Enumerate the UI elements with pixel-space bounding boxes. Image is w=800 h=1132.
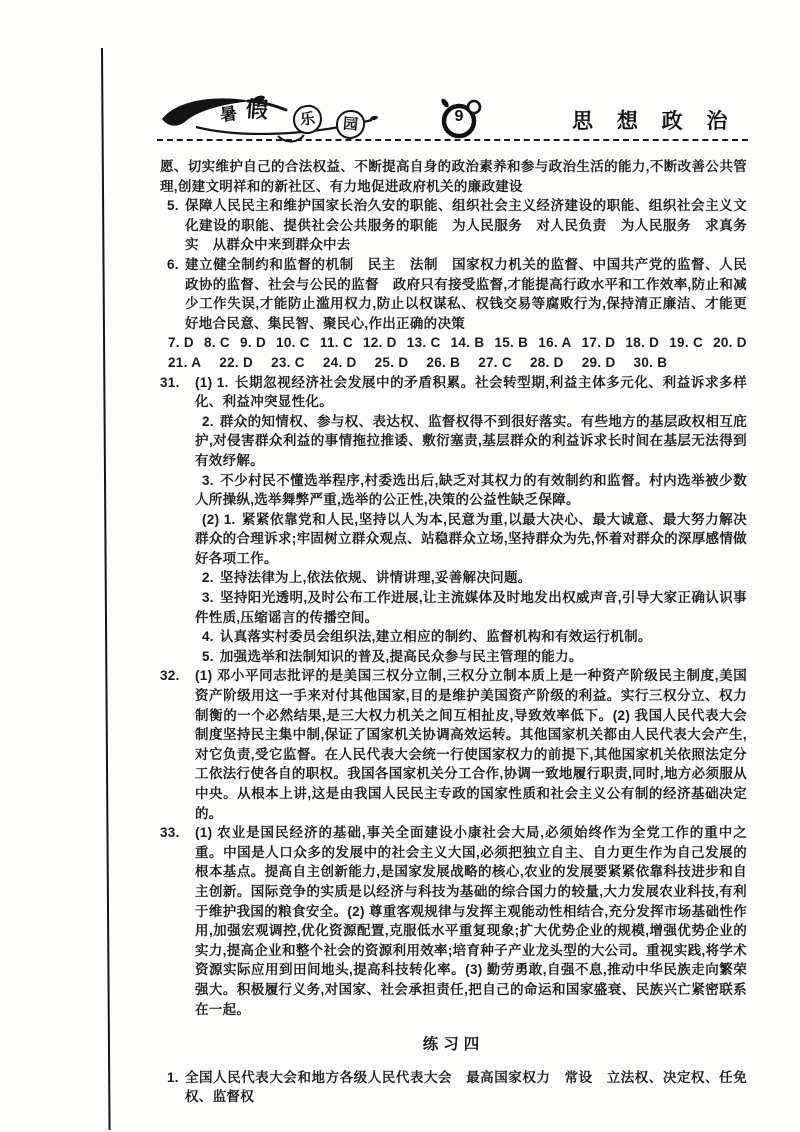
answer-item-6: 6. 建立健全制约和监督的机制 民主 法制 国家权力机关的监督、中国共产党的监督… — [160, 255, 747, 333]
sub-answer: (1) 1.长期忽视经济社会发展中的矛盾积累。社会转型期,利益主体多元化、利益诉… — [195, 373, 747, 412]
sub-answer-label: 5. — [202, 649, 220, 664]
page-number-badge: 9 — [436, 95, 484, 143]
mc-answer: 22. D — [219, 353, 253, 373]
item-number: 6. — [160, 255, 185, 333]
page-number: 9 — [445, 108, 473, 126]
mc-answer: 11. C — [320, 333, 353, 353]
subject-title: 思 想 政 治 — [572, 105, 737, 135]
summer-vacation-logo: 暑 假 乐 园 — [160, 92, 396, 146]
mc-answer: 23. C — [271, 353, 305, 373]
sub-answer: 4.认真落实村委员会组织法,建立相应的制约、监督机构和有效运行机制。 — [195, 627, 747, 647]
mc-answer: 12. D — [363, 333, 397, 353]
mc-answer: 16. A — [538, 333, 571, 353]
item-number: 32. — [160, 666, 195, 823]
answer-item-32: 32. (1) 邓小平同志批评的是美国三权分立制,三权分立制本质上是一种资产阶级… — [160, 666, 747, 823]
sub-answer-text: 长期忽视经济社会发展中的矛盾积累。社会转型期,利益主体多元化、利益诉求多样化、利… — [195, 375, 747, 410]
sub-answer-text: 紧紧依靠党和人民,坚持以人为本,民意为重,以最大决心、最大诚意、最大努力解决群众… — [195, 512, 747, 566]
sub-answer-text: 坚持阳光透明,及时公布工作进展,让主流媒体及时地发出权威声音,引导大家正确认识事… — [195, 590, 747, 625]
sub-answer-label: (2) 1. — [202, 512, 242, 527]
mc-answers-row-2: 21. A22. D23. C24. D25. D26. B27. C28. D… — [168, 353, 747, 373]
sub-answer-label: 2. — [202, 414, 220, 429]
sub-answer: 2.群众的知情权、参与权、表达权、监督权得不到很好落实。有些地方的基层政权相互庇… — [195, 412, 747, 471]
item-number: 31. — [160, 373, 195, 667]
mc-answer: 25. D — [375, 353, 409, 373]
item-text: (1) 邓小平同志批评的是美国三权分立制,三权分立制本质上是一种资产阶级民主制度… — [195, 666, 747, 823]
mc-answers-row-1: 7. D8. C9. D10. C11. C12. D13. C14. B15.… — [168, 333, 747, 353]
scanned-answer-page: 暑 假 乐 园 9 思 想 政 治 愿、切实维护自己的合法权益、不断提高自身的政… — [0, 0, 800, 1132]
mc-answer: 18. D — [625, 333, 659, 353]
mc-answer: 21. A — [168, 353, 201, 373]
sub-answer-label: 2. — [202, 570, 220, 585]
item-text: (1) 1.长期忽视经济社会发展中的矛盾积累。社会转型期,利益主体多元化、利益诉… — [195, 373, 747, 667]
sub-answer-text: 群众的知情权、参与权、表达权、监督权得不到很好落实。有些地方的基层政权相互庇护,… — [195, 414, 747, 468]
sub-answer-label: 3. — [202, 590, 220, 605]
mc-answer: 8. C — [204, 333, 230, 353]
item-number: 33. — [160, 823, 195, 1019]
mc-answer: 19. C — [669, 333, 703, 353]
continued-paragraph: 愿、切实维护自己的合法权益、不断提高自身的政治素养和参与政治生活的能力,不断改善… — [160, 157, 747, 196]
mc-answer: 9. D — [240, 333, 266, 353]
sub-answer-label: 4. — [202, 629, 220, 644]
mc-answer: 26. B — [426, 353, 460, 373]
header-divider — [157, 139, 748, 141]
mc-answer: 30. B — [634, 353, 668, 373]
mc-answer: 10. C — [276, 333, 310, 353]
sub-answer-text: 认真落实村委员会组织法,建立相应的制约、监督机构和有效运行机制。 — [220, 629, 652, 644]
sub-answer-text: 坚持法律为上,依法依规、讲情讲理,妥善解决问题。 — [220, 570, 532, 585]
mc-answer: 13. C — [407, 333, 441, 353]
section-heading-exercise-4: 练习四 — [160, 1035, 747, 1055]
answer-item-31: 31. (1) 1.长期忽视经济社会发展中的矛盾积累。社会转型期,利益主体多元化… — [160, 373, 747, 667]
answer-item-1: 1. 全国人民代表大会和地方各级人民代表大会 最高国家权力 常设 立法权、决定权… — [160, 1068, 747, 1107]
item-text: 建立健全制约和监督的机制 民主 法制 国家权力机关的监督、中国共产党的监督、人民… — [185, 255, 747, 333]
sub-answer: 2.坚持法律为上,依法依规、讲情讲理,妥善解决问题。 — [195, 568, 747, 588]
item-number: 5. — [160, 196, 185, 255]
sub-answer: 3.不少村民不懂选举程序,村委选出后,缺乏对其权力的有效制约和监督。村内选举被少… — [195, 471, 747, 510]
item-number: 1. — [160, 1068, 185, 1107]
sub-answer: (2) 1.紧紧依靠党和人民,坚持以人为本,民意为重,以最大决心、最大诚意、最大… — [195, 510, 747, 569]
answer-content: 愿、切实维护自己的合法权益、不断提高自身的政治素养和参与政治生活的能力,不断改善… — [160, 157, 747, 1107]
answer-item-5: 5. 保障人民民主和维护国家长治久安的职能、组织社会主义经济建设的职能、组织社会… — [160, 196, 747, 255]
item-text: 保障人民民主和维护国家长治久安的职能、组织社会主义经济建设的职能、组织社会主义文… — [185, 196, 747, 255]
mc-answer: 17. D — [582, 333, 616, 353]
sub-answer-text: 加强选举和法制知识的普及,提高民众参与民主管理的能力。 — [220, 649, 583, 664]
answer-item-33: 33. (1) 农业是国民经济的基础,事关全面建设小康社会大局,必须始终作为全党… — [160, 823, 747, 1019]
sub-answer-label: (1) 1. — [195, 375, 235, 390]
sub-answer: 3.坚持阳光透明,及时公布工作进展,让主流媒体及时地发出权威声音,引导大家正确认… — [195, 588, 747, 627]
logo-char-jia: 假 — [245, 98, 268, 121]
sub-answer-label: 3. — [202, 473, 220, 488]
logo-char-shu: 暑 — [219, 105, 238, 124]
mc-answer: 28. D — [530, 353, 564, 373]
mc-answer: 29. D — [582, 353, 616, 373]
item-text: 全国人民代表大会和地方各级人民代表大会 最高国家权力 常设 立法权、决定权、任免… — [185, 1068, 747, 1107]
page-scan-edge — [101, 48, 111, 1130]
mc-answer: 24. D — [323, 353, 357, 373]
sub-answer-text: 不少村民不懂选举程序,村委选出后,缺乏对其权力的有效制约和监督。村内选举被少数人… — [195, 473, 747, 508]
sub-answer: 5.加强选举和法制知识的普及,提高民众参与民主管理的能力。 — [195, 647, 747, 667]
mc-answer: 15. B — [494, 333, 528, 353]
mc-answer: 20. D — [713, 333, 747, 353]
item-text: (1) 农业是国民经济的基础,事关全面建设小康社会大局,必须始终作为全党工作的重… — [195, 823, 747, 1019]
mc-answer: 27. C — [478, 353, 512, 373]
mc-answer: 14. B — [451, 333, 485, 353]
mc-answer: 7. D — [168, 333, 194, 353]
